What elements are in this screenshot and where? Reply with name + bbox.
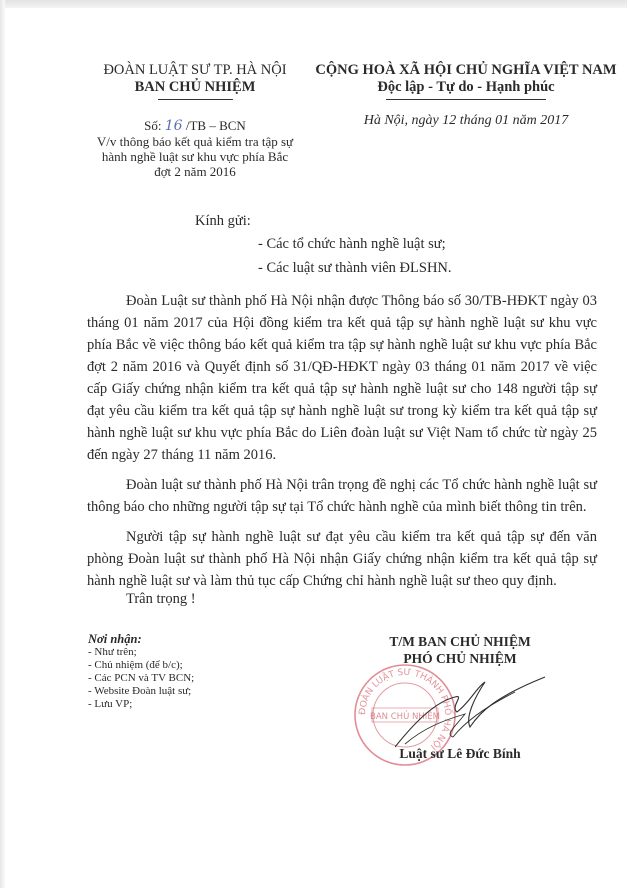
scan-edge-top <box>0 0 627 8</box>
closing-greeting: Trân trọng ! <box>126 591 196 608</box>
paragraph: Đoàn luật sư thành phố Hà Nội trân trọng… <box>87 474 597 518</box>
document-number-block: Số: 16 /TB – BCN V/v thông báo kết quả k… <box>85 118 305 179</box>
scan-edge-left <box>0 0 5 888</box>
divider <box>386 99 546 100</box>
department-name: BAN CHỦ NHIỆM <box>85 79 305 96</box>
addressee-item: - Các luật sư thành viên ĐLSHN. <box>258 260 452 277</box>
organization-name: ĐOÀN LUẬT SƯ TP. HÀ NỘI <box>85 62 305 79</box>
recipients-block: Nơi nhận: - Như trên; - Chủ nhiệm (để b/… <box>88 633 268 711</box>
on-behalf: T/M BAN CHỦ NHIỆM <box>360 633 560 650</box>
recipient-item: - Lưu VP; <box>88 698 268 711</box>
document-number: Số: 16 /TB – BCN <box>85 118 305 134</box>
place-date: Hà Nội, ngày 12 tháng 01 năm 2017 <box>312 113 620 129</box>
handwritten-signature-icon <box>395 672 555 752</box>
nation-title: CỘNG HOÀ XÃ HỘI CHỦ NGHĨA VIỆT NAM <box>312 62 620 79</box>
recipient-item: - Chủ nhiệm (để b/c); <box>88 659 268 672</box>
subject-line: hành nghề luật sư khu vực phía Bắc <box>85 149 305 164</box>
paragraph: Người tập sự hành nghề luật sư đạt yêu c… <box>87 526 597 592</box>
number-suffix: /TB – BCN <box>186 118 246 133</box>
subject-line: đợt 2 năm 2016 <box>85 164 305 179</box>
addressee-label: Kính gửi: <box>195 213 251 230</box>
paragraph: Đoàn Luật sư thành phố Hà Nội nhận được … <box>87 290 597 466</box>
nation-block: CỘNG HOÀ XÃ HỘI CHỦ NGHĨA VIỆT NAM Độc l… <box>312 62 620 100</box>
recipient-item: - Các PCN và TV BCN; <box>88 672 268 685</box>
subject-line: V/v thông báo kết quả kiểm tra tập sự <box>85 134 305 149</box>
recipients-title: Nơi nhận: <box>88 633 268 646</box>
signer-name: Luật sư Lê Đức Bính <box>360 746 560 762</box>
recipient-item: - Như trên; <box>88 646 268 659</box>
addressee-item: - Các tổ chức hành nghề luật sư; <box>258 236 446 253</box>
body-text: Đoàn Luật sư thành phố Hà Nội nhận được … <box>87 290 597 600</box>
handwritten-number: 16 <box>165 118 183 134</box>
recipient-item: - Website Đoàn luật sư; <box>88 685 268 698</box>
number-prefix: Số: <box>144 118 161 133</box>
divider <box>158 99 233 100</box>
motto: Độc lập - Tự do - Hạnh phúc <box>312 79 620 96</box>
organization-block: ĐOÀN LUẬT SƯ TP. HÀ NỘI BAN CHỦ NHIỆM <box>85 62 305 100</box>
